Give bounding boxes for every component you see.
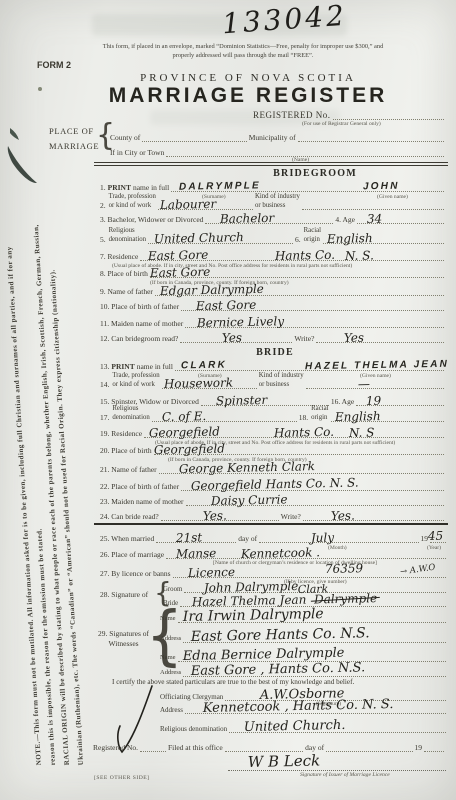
handwritten-residence-county: Hants Co. (275, 249, 335, 263)
handwritten-licence-number: 76359 (324, 563, 362, 576)
form-number-label: FORM 2 (37, 60, 71, 70)
handwritten-day: 21st (176, 532, 203, 545)
handwritten-can-read: Yes. (202, 510, 226, 523)
field-label-line2: origin (311, 414, 328, 422)
field-label: 22. Place of birth of father (100, 483, 179, 491)
field-label-line2: or kind of work (112, 381, 159, 389)
field-birthplace-bride: 20. Place of birth Georgefield (100, 443, 446, 455)
handwritten-mother-maiden: Daisy Currie (210, 494, 287, 508)
handwritten-racial-origin: English (334, 410, 380, 424)
dotted-line (140, 741, 166, 752)
dotted-line: 21st (156, 532, 236, 543)
dotted-line: East Gore (150, 267, 444, 278)
see-other-side-label: [SEE OTHER SIDE] (94, 775, 150, 781)
handwritten-can-write: Yes (344, 332, 364, 345)
field-label-line1: Trade, profession (112, 372, 159, 380)
industry-label: Kind of industry or business (255, 193, 300, 210)
field-label: 11. Maiden name of mother (100, 320, 183, 328)
dotted-line (298, 131, 444, 142)
industry-label-line2: or business (255, 202, 300, 210)
field-trade-bride: 14. Trade, profession or kind of work Ho… (100, 374, 446, 389)
dotted-line: Daisy Currie (186, 495, 444, 506)
racial-origin-label: Racial origin (304, 227, 321, 244)
field-label-line1: Religious (112, 405, 149, 413)
dotted-line: — (306, 378, 444, 389)
field-label: name in full (137, 363, 173, 371)
name-label: Name (160, 616, 176, 623)
field-label-line1: Racial (311, 405, 328, 413)
field-place-of-marriage: 26. Place of marriage Manse Kennetcook . (100, 547, 448, 559)
dotted-line (302, 199, 444, 210)
industry-label: Kind of industry or business (259, 372, 304, 389)
address-label: Address (160, 670, 181, 677)
field-religion-bridegroom: 5. Religious denomination United Church … (100, 229, 446, 244)
dotted-line: English (323, 233, 444, 244)
field-label: 12. Can bridegroom read? (100, 335, 178, 343)
field-label-bold: PRINT (108, 184, 131, 192)
field-number: 17. (100, 414, 109, 422)
address-label: Address (160, 636, 181, 643)
field-father-name-bridegroom: 9. Name of father Edgar Dalrymple (100, 284, 446, 296)
dotted-line (424, 741, 444, 752)
clergyman-address-row: Address Kennetcook , Hants Co. N. S. (160, 702, 448, 714)
dotted-line: Georgefield (154, 444, 444, 455)
field-label: 9. Name of father (100, 288, 153, 296)
dotted-line: English (331, 411, 444, 422)
clergyman-denomination: United Church. (244, 719, 346, 735)
filed-label: Filed at this office (168, 744, 223, 752)
mail-notice-line2: properly addressed will pass through the… (40, 52, 446, 59)
dotted-line: George Kenneth Clark (159, 463, 444, 474)
year-printed: 19 (415, 744, 423, 752)
dotted-line: Georgefield Hants Co. N. S. (181, 480, 444, 491)
witness2-address-row: Address East Gore , Hants Co. N.S. (160, 665, 448, 677)
field-label: Religious denomination (112, 405, 149, 422)
field-label: 3. Bachelor, Widower or Divorced (100, 216, 203, 224)
dotted-line: CLARK HAZEL THELMA JEAN (175, 360, 444, 371)
field-label: 7. Residence (100, 253, 138, 261)
dotted-line: Spinster (201, 395, 329, 406)
handwritten-given-name: JOHN (363, 181, 400, 192)
handwritten-status: Spinster (216, 394, 268, 408)
dotted-line: 19 (356, 395, 444, 406)
industry-label-line1: Kind of industry (259, 372, 304, 380)
witness2-address: East Gore , Hants Co. N.S. (191, 662, 366, 679)
dotted-line: United Church. (229, 722, 446, 733)
city-town-row: If in City or Town (110, 145, 446, 157)
ink-smudge (8, 146, 37, 183)
handwritten-birthplace: East Gore (150, 266, 211, 280)
certification-statement: I certify the above stated particulars a… (112, 678, 354, 686)
bride-signature-struck: Dalrymple (314, 592, 377, 607)
section-divider (94, 162, 448, 166)
handwritten-father-name: Edgar Dalrymple (160, 283, 264, 298)
dotted-line: Ira Irwin Dalrymple (178, 612, 446, 623)
field-label: name in full (133, 184, 169, 192)
dotted-line: DALRYMPLE JOHN (171, 181, 444, 192)
dotted-line: Manse Kennetcook . (166, 548, 446, 559)
section-divider (94, 523, 448, 525)
handwritten-surname: CLARK (181, 360, 227, 371)
dotted-line: July (259, 532, 418, 543)
bride-section-title: BRIDE (200, 347, 350, 358)
field-mother-maiden-bride: 23. Maiden name of mother Daisy Currie (100, 494, 446, 506)
industry-label-line1: Kind of industry (255, 193, 300, 201)
handwritten-status: Bachelor (220, 212, 275, 226)
dotted-line (326, 741, 412, 752)
signature-of-label: 28. Signature of (100, 590, 148, 599)
field-label: 24. Can bride read? (100, 513, 159, 521)
mail-notice-line1: This form, if placed in an envelope, mar… (40, 43, 446, 50)
name-label: Name (160, 655, 176, 662)
field-number: 13. (100, 363, 109, 371)
handwritten-place1: Manse (176, 548, 217, 561)
field-number: 14. (100, 381, 109, 389)
field-when-married: 25. When married 21st day of July 19 45 (100, 531, 448, 543)
correction-arrow-icon: → (399, 567, 407, 578)
field-trade-bridegroom: 2. Trade, profession or kind of work Lab… (100, 195, 446, 210)
field-label-line2: denomination (112, 414, 149, 422)
field-label: Trade, profession or kind of work (109, 193, 156, 210)
handwritten-industry: — (358, 378, 370, 391)
handwritten-religion: United Church (154, 232, 244, 246)
dotted-line: Housework (162, 378, 257, 389)
province-title: PROVINCE OF NOVA SCOTIA (40, 72, 456, 84)
dotted-line: Edgar Dalrymple (155, 285, 444, 296)
racial-origin-label: Racial origin (311, 405, 328, 422)
field-birthplace-bridegroom: 8. Place of birth East Gore (100, 266, 446, 278)
dotted-line: Yes (316, 332, 444, 343)
field-number: 2. (100, 202, 106, 210)
issuer-signature-line (228, 770, 446, 771)
witnesses-label-line2: Witnesses (98, 639, 149, 649)
witnesses-label: 29. Signatures of Witnesses (98, 629, 149, 649)
witness1-name: Ira Irwin Dalrymple (182, 607, 323, 625)
field-label: Trade, profession or kind of work (112, 372, 159, 389)
handwritten-father-birthplace: East Gore (196, 299, 257, 313)
field-label: 20. Place of birth (100, 447, 152, 455)
handwritten-given-name: HAZEL THELMA JEAN (305, 359, 449, 372)
handwritten-residence-county: Hants Co. (274, 426, 334, 440)
address-label: Address (160, 707, 183, 714)
handwritten-residence-province: N. S (349, 427, 375, 440)
write-label: Write? (281, 513, 301, 521)
dotted-line (225, 741, 304, 752)
write-label: Write? (294, 335, 314, 343)
field-label-line2: denomination (109, 236, 146, 244)
field-print-name-bridegroom: 1. PRINT name in full DALRYMPLE JOHN (100, 180, 446, 192)
dotted-line: Labourer (158, 199, 253, 210)
industry-label-line2: or business (259, 381, 304, 389)
handwritten-surname: DALRYMPLE (179, 181, 261, 193)
marriage-label: MARRIAGE (49, 141, 99, 151)
age-label: 16. Age (331, 398, 354, 406)
handwritten-mother-maiden: Bernice Lively (197, 316, 284, 330)
field-label: 19. Residence (100, 430, 142, 438)
dotted-line: Edna Bernice Dalrymple (178, 651, 446, 662)
dotted-line: East Gore (181, 300, 444, 311)
dotted-line: East Gore , Hants Co. N.S. (183, 666, 446, 677)
field-marital-status-bridegroom: 3. Bachelor, Widower or Divorced Bachelo… (100, 212, 446, 224)
handwritten-residence: Georgefield (149, 426, 220, 440)
city-town-label: If in City or Town (110, 149, 164, 157)
dotted-line: Kennetcook , Hants Co. N. S. (185, 703, 446, 714)
bride-signature-row: Bride Hazel Thelma Jean Dalrymple (163, 595, 448, 607)
denomination-label: Religious denomination (160, 726, 227, 733)
field-residence-bride: 19. Residence Georgefield Hants Co. N. S (100, 426, 446, 438)
field-mother-maiden-bridegroom: 11. Maiden name of mother Bernice Lively (100, 316, 446, 328)
field-can-read-bride: 24. Can bride read? Yes. Write? Yes. (100, 509, 446, 521)
handwritten-can-write: Yes. (331, 510, 355, 523)
handwritten-father-birthplace: Georgefield Hants Co. N. S. (191, 477, 359, 493)
witness1-address: East Gore Hants Co. N.S. (191, 627, 370, 645)
filed-row: Registered No. Filed at this office day … (93, 740, 446, 752)
county-label: County of (110, 134, 140, 142)
bridegroom-section-title: BRIDEGROOM (240, 168, 390, 179)
groom-label: Groom (163, 586, 182, 593)
issuer-signature-note: Signature of Issuer of Marriage Licence (300, 772, 390, 778)
dotted-line: Bachelor (205, 213, 333, 224)
field-label: 25. When married (100, 535, 154, 543)
handwritten-residence-province: N. S. (345, 250, 374, 263)
municipality-label: Municipality of (249, 134, 296, 142)
registered-no-label: REGISTERED No. (253, 111, 331, 120)
witness1-name-row: Name Ira Irwin Dalrymple (160, 611, 448, 623)
handwritten-place2: Kennetcook . (241, 547, 320, 561)
registered-no-note: (For use of Registrar General only) (302, 121, 381, 127)
handwritten-birthplace: Georgefield (153, 443, 224, 457)
page-title: MARRIAGE REGISTER (40, 84, 456, 108)
place-of-label: PLACE OF (49, 126, 94, 136)
field-print-name-bride: 13. PRINT name in full CLARK HAZEL THELM… (100, 359, 446, 371)
field-number: 18. (299, 414, 308, 422)
field-label-line1: Trade, profession (109, 193, 156, 201)
dotted-line (333, 109, 445, 120)
dotted-line: Yes. (161, 510, 279, 521)
dotted-line: East Gore Hants Co. N.S. (183, 632, 446, 643)
dotted-line: East Gore Hants Co. N. S. (140, 250, 444, 261)
dotted-line: 34 (357, 213, 444, 224)
field-label-line1: Religious (109, 227, 146, 235)
handwritten-residence: East Gore (148, 249, 209, 263)
handwritten-trade: Housework (163, 377, 232, 391)
field-number: 6. (295, 236, 301, 244)
handwritten-month: July (311, 532, 334, 545)
field-religion-bride: 17. Religious denomination C. of E. 18. … (100, 407, 446, 422)
field-father-name-bride: 21. Name of father George Kenneth Clark (100, 462, 446, 474)
dotted-line: 45 (430, 532, 446, 543)
handwritten-year: 45 (428, 530, 444, 543)
age-label: 4. Age (335, 216, 355, 224)
field-father-birthplace-bride: 22. Place of birth of father Georgefield… (100, 479, 446, 491)
county-row: County of Municipality of (110, 130, 446, 142)
field-can-read-bridegroom: 12. Can bridegroom read? Yes Write? Yes (100, 331, 446, 343)
field-label-line2: origin (304, 236, 321, 244)
dotted-line: C. of E. (152, 411, 297, 422)
dotted-line: United Church (148, 233, 293, 244)
field-marital-status-bride: 15. Spinster, Widow or Divorced Spinster… (100, 394, 446, 406)
registered-label: Registered No. (93, 744, 138, 752)
registered-no-row: REGISTERED No. (253, 108, 446, 120)
witness1-address-row: Address East Gore Hants Co. N.S. (160, 631, 448, 643)
handwritten-licence: Licence (187, 566, 234, 580)
field-label: 10. Place of birth of father (100, 303, 179, 311)
handwritten-religion: C. of E. (162, 410, 207, 424)
field-residence-bridegroom: 7. Residence East Gore Hants Co. N. S. (100, 249, 446, 261)
field-label: 21. Name of father (100, 466, 157, 474)
field-label: Religious denomination (109, 227, 146, 244)
dotted-line (166, 146, 444, 157)
field-licence-or-banns: 27. By licence or banns Licence 76359 (100, 566, 448, 578)
dotted-line: Yes. (303, 510, 444, 521)
handwritten-trade: Labourer (160, 198, 217, 212)
field-label-line2: or kind of work (109, 202, 156, 210)
field-number: 5. (100, 236, 106, 244)
denomination-row: Religious denomination United Church. (160, 721, 448, 733)
field-number: 1. (100, 184, 106, 192)
field-label: 23. Maiden name of mother (100, 498, 184, 506)
handwritten-can-read: Yes (222, 332, 242, 345)
issuer-signature: W B Leck (248, 751, 321, 771)
dotted-line: Bernice Lively (185, 317, 444, 328)
dotted-line: Yes (180, 332, 292, 343)
field-label-line1: Racial (304, 227, 321, 235)
handwritten-father-name: George Kenneth Clark (178, 461, 314, 476)
witness2-name-row: Name Edna Bernice Dalrymple (160, 650, 448, 662)
field-label-bold: PRINT (111, 363, 134, 371)
handwritten-age: 34 (367, 213, 383, 226)
field-father-birthplace-bridegroom: 10. Place of birth of father East Gore (100, 299, 446, 311)
clergyman-address: Kennetcook , Hants Co. N. S. (203, 698, 394, 716)
marriage-register-form: 133042 This form, if placed in an envelo… (0, 0, 456, 800)
day-of-label: day of (238, 535, 257, 543)
dotted-line: Georgefield Hants Co. N. S (144, 427, 444, 438)
field-label: 26. Place of marriage (100, 551, 164, 559)
field-label: 8. Place of birth (100, 270, 148, 278)
handwritten-racial-origin: English (327, 232, 373, 246)
ink-smudge (10, 128, 19, 140)
witnesses-label-line1: 29. Signatures of (98, 629, 149, 639)
dotted-line (142, 131, 247, 142)
